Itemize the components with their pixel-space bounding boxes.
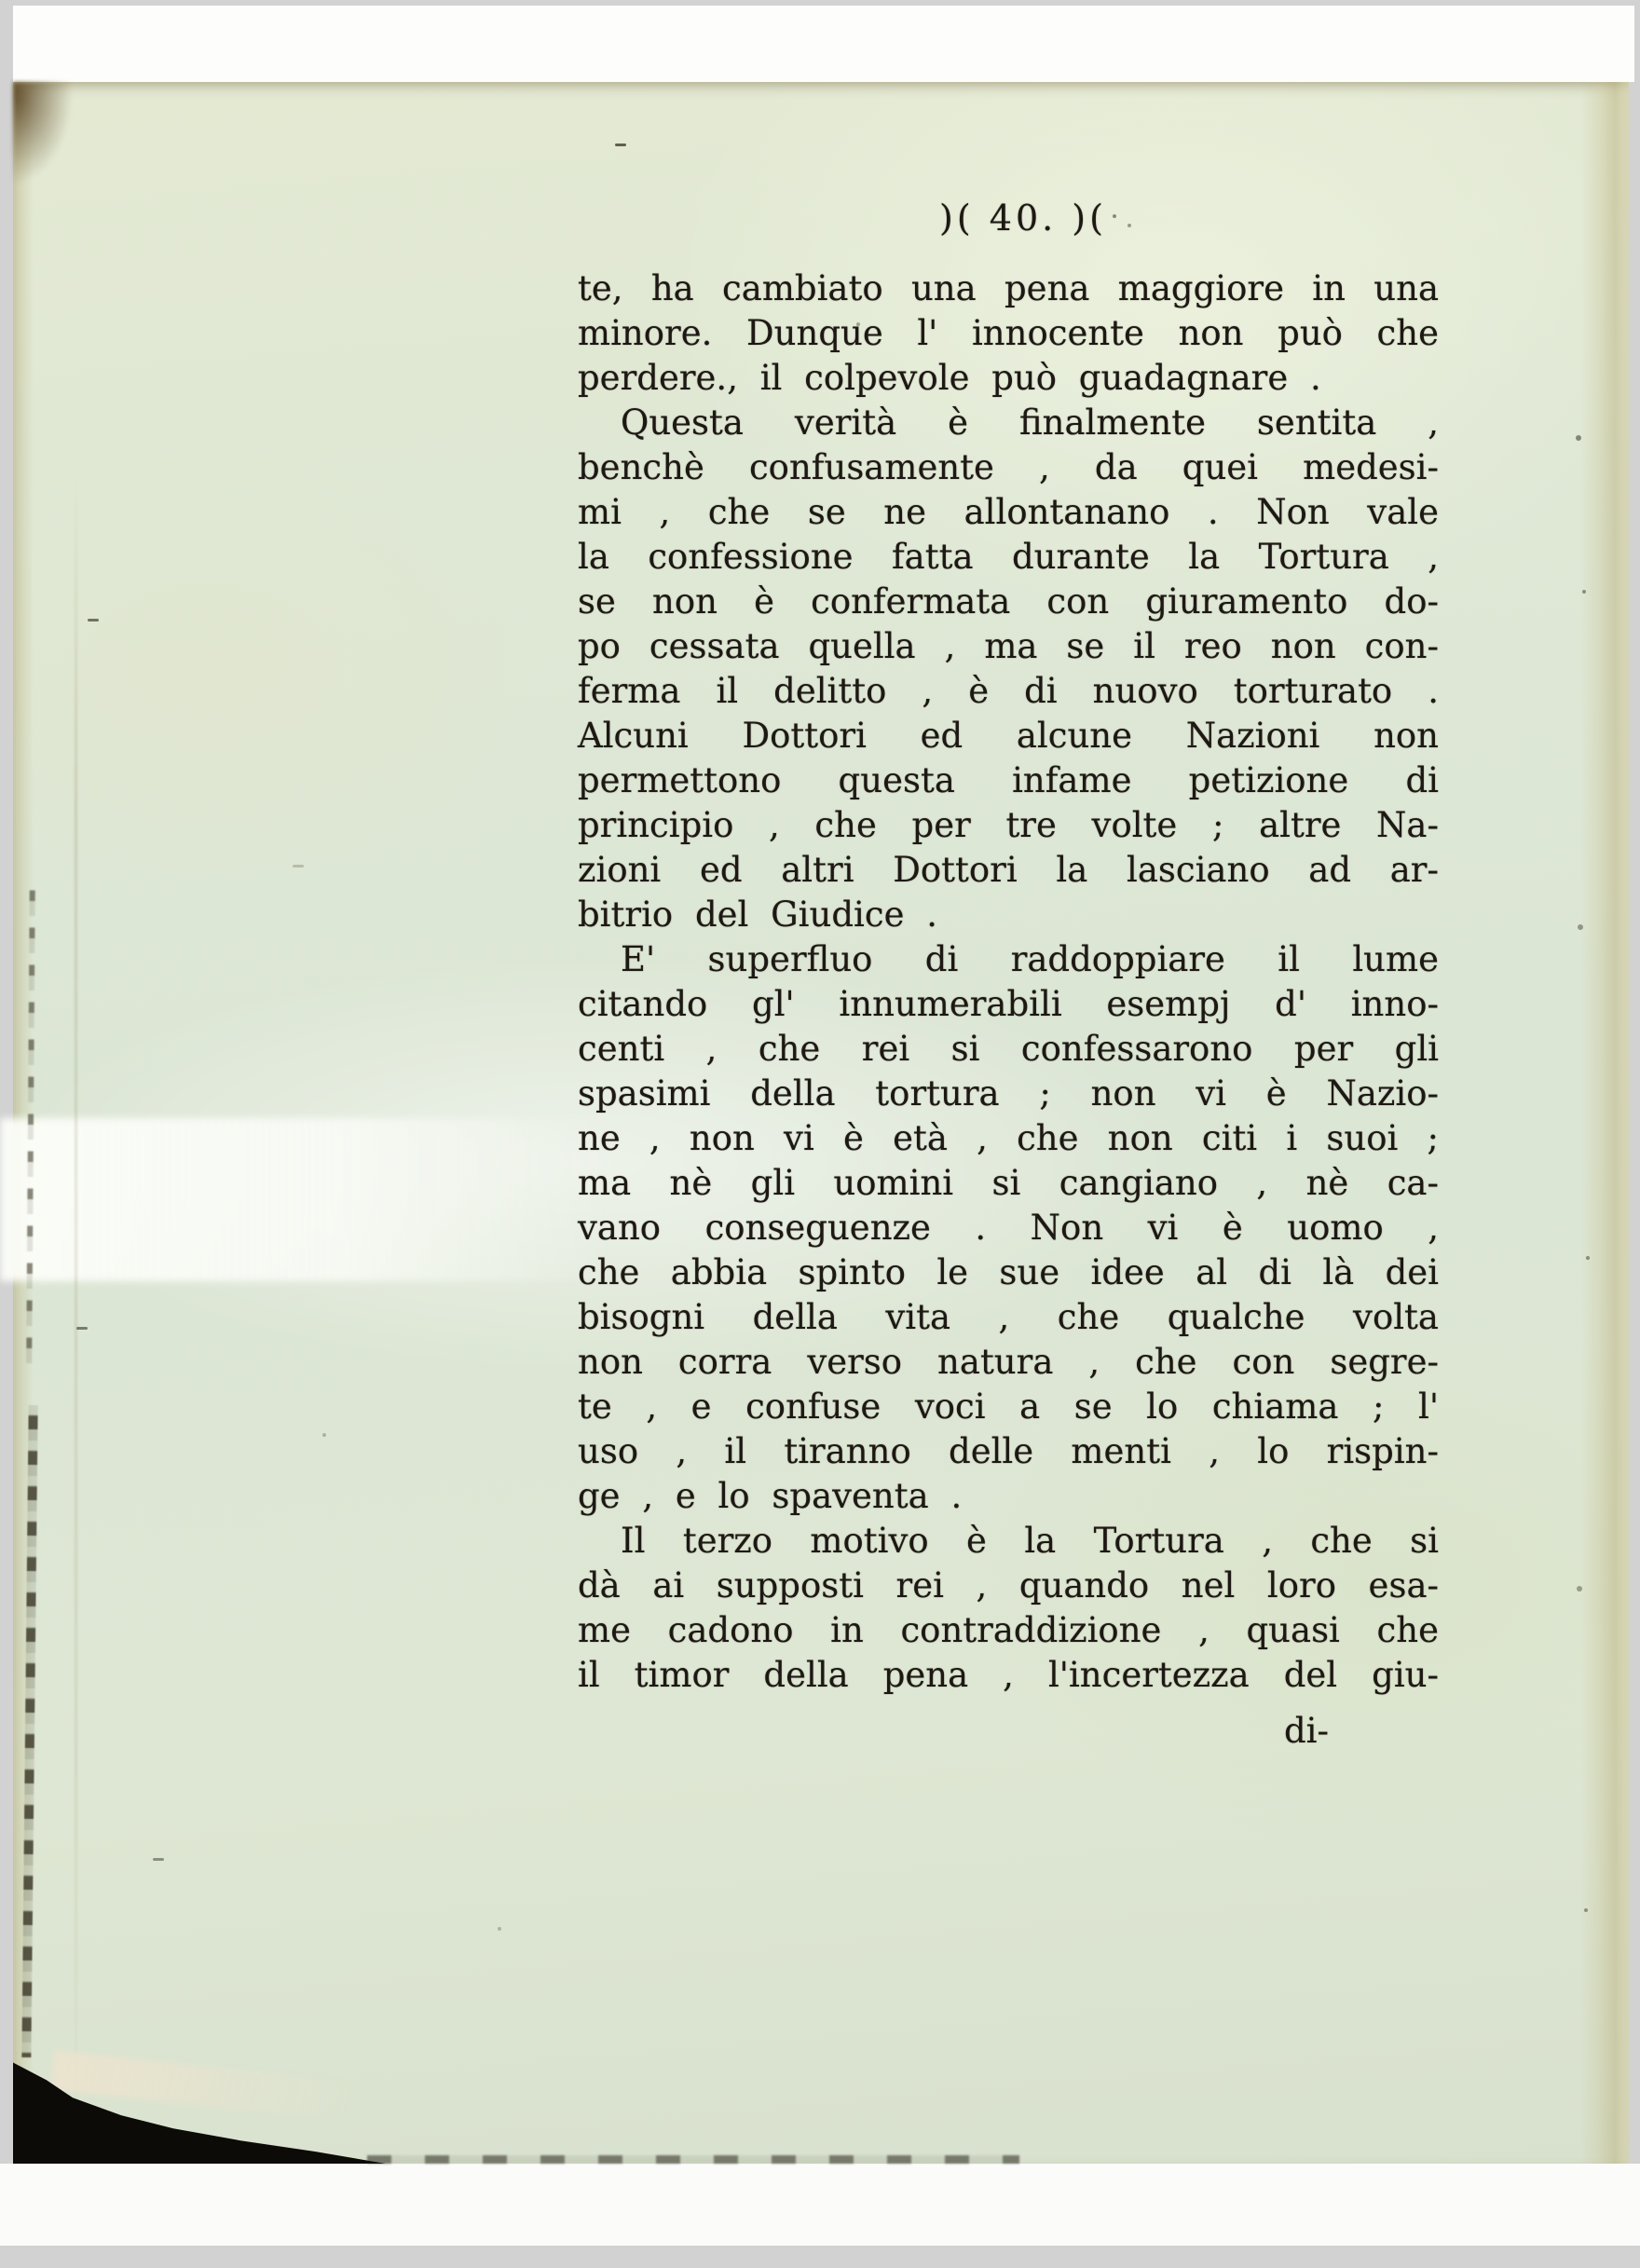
text-line: te , e confuse voci a se lo chiama ; l': [578, 1385, 1439, 1429]
text-line: minore. Dunque l' innocente non può che: [578, 311, 1439, 356]
text-line: perdere., il colpevole può guadagnare .: [578, 356, 1439, 401]
text-line: il timor della pena , l'incertezza del g…: [578, 1653, 1439, 1698]
top-left-stain: [13, 82, 102, 222]
text-line: te, ha cambiato una pena maggiore in una: [578, 266, 1439, 311]
text-line: ferma il delitto , è di nuovo torturato …: [578, 669, 1439, 714]
paper-light-patch: [0, 1118, 615, 1281]
text-line: citando gl' innumerabili esempj d' inno-: [578, 982, 1439, 1027]
text-line: dà ai supposti rei , quando nel loro esa…: [578, 1564, 1439, 1608]
text-line: non corra verso natura , che con segre-: [578, 1340, 1439, 1385]
text-line: E' superfluo di raddoppiare il lume: [578, 937, 1439, 982]
text-line: ma nè gli uomini si cangiano , nè ca-: [578, 1161, 1439, 1206]
paper-crease: [75, 473, 77, 2132]
text-line: ge , e lo spaventa .: [578, 1474, 1439, 1519]
text-line: centi , che rei si confessarono per gli: [578, 1027, 1439, 1072]
text-line: permettono questa infame petizione di: [578, 758, 1439, 803]
scan-top-white-band: [13, 6, 1634, 82]
text-line: Alcuni Dottori ed alcune Nazioni non: [578, 714, 1439, 758]
scan-bottom-white-band: [0, 2164, 1640, 2246]
text-line: Il terzo motivo è la Tortura , che si: [578, 1519, 1439, 1564]
text-line: bitrio del Giudice .: [578, 893, 1439, 937]
text-line: uso , il tiranno delle menti , lo rispin…: [578, 1429, 1439, 1474]
page-fore-edge: [1580, 82, 1629, 2164]
text-line: se non è confermata con giuramento do-: [578, 580, 1439, 624]
bottom-edge-tears: [367, 2155, 1019, 2164]
page-number-header: )( 40. )(: [593, 198, 1454, 239]
text-line: ne , non vi è età , che non citi i suoi …: [578, 1116, 1439, 1161]
text-line: che abbia spinto le sue idee al di là de…: [578, 1250, 1439, 1295]
ink-flecks: [13, 82, 24, 85]
text-line: zioni ed altri Dottori la lasciano ad ar…: [578, 848, 1439, 893]
text-line: Questa verità è finalmente sentita ,: [578, 401, 1439, 445]
text-line: benchè confusamente , da quei medesi-: [578, 445, 1439, 490]
body-text-block: te, ha cambiato una pena maggiore in una…: [578, 266, 1439, 1698]
text-line: po cessata quella , ma se il reo non con…: [578, 624, 1439, 669]
text-line: mi , che se ne allontanano . Non vale: [578, 490, 1439, 535]
text-line: spasimi della tortura ; non vi è Nazio-: [578, 1072, 1439, 1116]
catchword: di-: [578, 1709, 1439, 1754]
text-line: principio , che per tre volte ; altre Na…: [578, 803, 1439, 848]
text-line: me cadono in contraddizione , quasi che: [578, 1608, 1439, 1653]
text-line: la confessione fatta durante la Tortura …: [578, 535, 1439, 580]
text-line: vano conseguenze . Non vi è uomo ,: [578, 1206, 1439, 1250]
text-line: bisogni della vita , che qualche volta: [578, 1295, 1439, 1340]
